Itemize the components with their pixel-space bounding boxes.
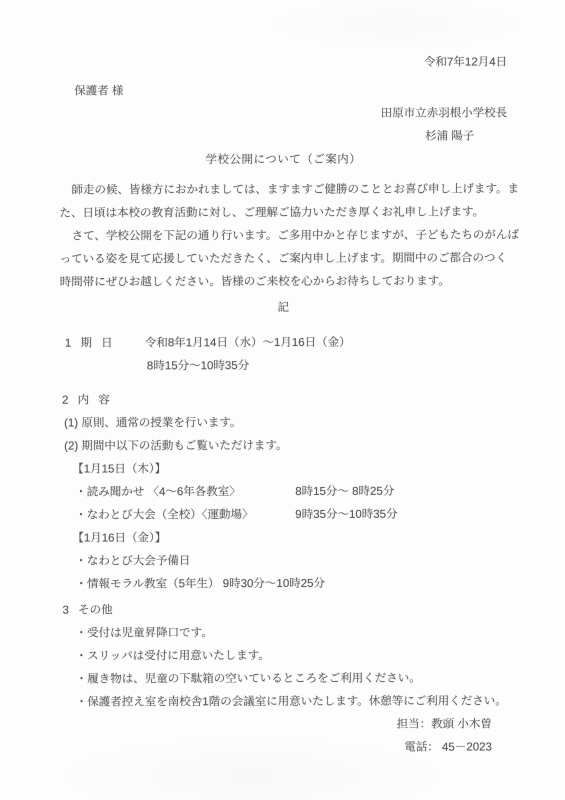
section-3-note: ・保護者控え室を南校舎1階の会議室に用意いたします。休憩等にご利用ください。 bbox=[61, 690, 509, 714]
day-1-header: 【1月15日（木）】 bbox=[60, 457, 508, 481]
record-mark: 記 bbox=[60, 296, 508, 320]
section-2-item-2: (2) 期間中以下の活動もご覧いただけます。 bbox=[60, 434, 508, 458]
section-1-schedule: 1 期 日 令和8年1月14日（水）～1月16日（金） bbox=[60, 331, 508, 355]
sender-title: 田原市立赤羽根小学校長 bbox=[59, 102, 507, 126]
letter-sheet: 令和7年12月4日 保護者 様 田原市立赤羽根小学校長 杉浦 陽子 学校公開につ… bbox=[0, 0, 565, 800]
contact-person: 担当：教頭 小木曽 bbox=[61, 713, 509, 737]
section-3-heading: 3 その他 bbox=[61, 598, 509, 622]
day-2-header: 【1月16日（金）】 bbox=[60, 526, 508, 550]
activity-name: ・読み聞かせ 〈4～6年各教室〉 bbox=[75, 481, 295, 505]
section-3-note: ・受付は児童昇降口です。 bbox=[61, 621, 509, 645]
day-1-activity-2: ・なわとび大会（全校）〈運動場〉 9時35分～10時35分 bbox=[60, 503, 508, 527]
greeting-paragraphs: 師走の候、皆様方におかれましては、ますますご健勝のこととお喜び申し上げます。ま … bbox=[59, 178, 507, 294]
greeting-line: 時間帯にぜひお越しください。皆様のご来校を心からお待ちしております。 bbox=[60, 270, 508, 294]
scanned-letter-page: 令和7年12月4日 保護者 様 田原市立赤羽根小学校長 杉浦 陽子 学校公開につ… bbox=[0, 0, 565, 800]
greeting-line: っている姿を見て応援していただきたく、ご案内申し上げます。期間中のご都合のつく bbox=[60, 247, 508, 271]
greeting-line: 師走の候、皆様方におかれましては、ますますご健勝のこととお喜び申し上げます。ま bbox=[59, 178, 507, 202]
sender-name: 杉浦 陽子 bbox=[59, 125, 507, 149]
activity-name: ・なわとび大会（全校）〈運動場〉 bbox=[75, 504, 295, 528]
section-1-time: 8時15分～10時35分 bbox=[60, 354, 508, 378]
section-3-note: ・履き物は、児童の下駄箱の空いているところをご利用ください。 bbox=[61, 667, 509, 691]
day-1-activity-1: ・読み聞かせ 〈4～6年各教室〉 8時15分～ 8時25分 bbox=[60, 480, 508, 504]
activity-time: 9時35分～10時35分 bbox=[295, 504, 397, 527]
contact-phone: 電話： 45－2023 bbox=[61, 736, 509, 760]
greeting-line: さて、学校公開を下記の通り行います。ご多用中かと存じますが、子どもたちのがんば bbox=[60, 224, 508, 248]
section-2-item-1: (1) 原則、通常の授業を行います。 bbox=[60, 411, 508, 435]
day-2-activity-1: ・なわとび大会予備日 bbox=[60, 549, 508, 573]
section-2-heading: 2 内 容 bbox=[60, 388, 508, 412]
greeting-line: た、日頃は本校の教育活動に対し、ご理解ご協力いただき厚くお礼申し上げます。 bbox=[59, 201, 507, 225]
recipient-line: 保護者 様 bbox=[59, 79, 507, 103]
day-2-activity-2: ・情報モラル教室（5年生） 9時30分～10時25分 bbox=[60, 572, 508, 596]
section-1-dates: 令和8年1月14日（水）～1月16日（金） bbox=[145, 332, 351, 356]
section-1-label: 1 期 日 bbox=[65, 332, 145, 355]
document-date: 令和7年12月4日 bbox=[59, 51, 507, 75]
document-title: 学校公開について（ご案内） bbox=[59, 148, 507, 172]
activity-time: 8時15分～ 8時25分 bbox=[295, 481, 394, 504]
section-3-note: ・スリッパは受付に用意いたします。 bbox=[61, 644, 509, 668]
